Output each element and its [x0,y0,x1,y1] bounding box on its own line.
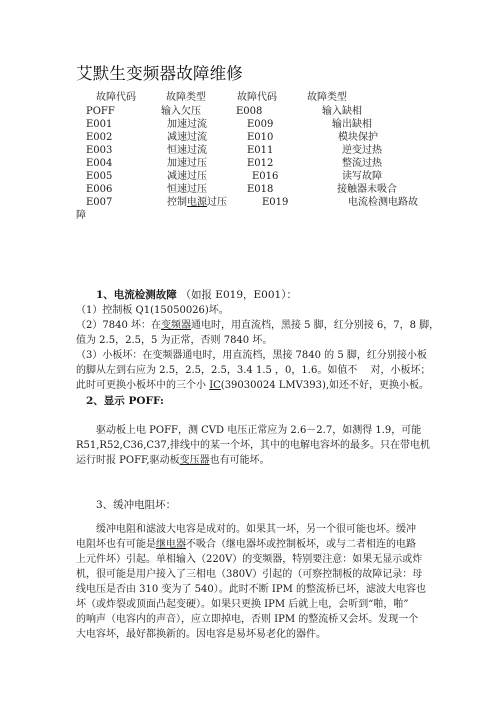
table-cell-code: E003 [86,145,112,157]
table-cell-code: E019 [262,197,288,209]
table-cell-type: 减速过压 [167,171,207,183]
paragraph-line: 大电容坏，最好都换新的。因电容是易坏易老化的器件。 [76,625,326,640]
paragraph-line: 的响声（电容内的声音），应立即掉电，否则 IPM 的整流桥又会坏。发现一个 [76,610,418,625]
table-header-code-2: 故障代码 [237,92,277,104]
text-segment: 通电时，用直流档，黑接 5 脚，红分别接 6，7，8 脚， [191,320,439,331]
table-cell-code: E001 [86,119,112,131]
table-cell-code: POFF [86,106,115,118]
table-cell-type: 加速过压 [167,158,207,170]
table-cell-code: E010 [247,132,273,144]
paragraph-line: R51,R52,C36,C37,排线中的某一个坏，其中的电解电容坏的最多。只在带… [76,436,430,451]
underlined-term: 继电器 [156,539,186,550]
table-cell-code: E012 [247,158,273,170]
section-heading: 1、电流检测故障 （如报 E019，E001）： [96,287,297,302]
paragraph-line: 值为 2.5，2.5，5 为正常，否则 7840 坏。 [76,331,272,346]
paragraph-line: 电阻坏也有可能是继电器不吸合（继电器坏或控制板坏，或与二者相连的电路 [76,535,416,550]
table-cell-code: E002 [86,132,112,144]
paragraph-line: 此时可更换小板坏中的三个小 IC(39030024 LMV393),如还不好，更… [76,376,429,391]
table-cell-code: E011 [247,145,273,157]
table-cell-type: 读写故障 [342,171,382,183]
underlined-term: 变频器 [161,320,191,331]
text-segment: (39030024 LMV393),如还不好，更换小板。 [221,380,429,391]
text-segment: 不吸合（继电器坏或控制板坏，或与二者相连的电路 [186,539,416,550]
table-cell-type: 模块保护 [338,132,378,144]
table-cell-type: 整流过热 [342,158,382,170]
table-cell-type: 接触器未吸合 [337,184,397,196]
section-heading: 2、显示 POFF: [86,393,164,408]
table-cell-code: E004 [86,158,112,170]
table-cell-code: E016 [252,171,278,183]
paragraph-line: （3）小板坏：在变频器通电时，用直流档，黑接 7840 的 5 脚，红分别接小板 [76,346,427,361]
text-segment: 也有可能坏。 [210,455,270,466]
paragraph-line: 的脚从左到右应为 2.5，2.5，2.5，3.4 1.5 ，0，1.6。如值不 … [76,361,431,376]
paragraph-line: 驱动板上电 POFF，测 CVD 电压正常应为 2.6－2.7，如测得 1.9，… [96,421,421,436]
table-header-type-2: 故障类型 [307,92,347,104]
table-cell-type: 恒速过压 [167,184,207,196]
table-cell-code: E018 [247,184,273,196]
table-cell-code: E009 [247,119,273,131]
text-segment: 电阻坏也有可能是 [76,539,156,550]
paragraph-line: 上元件坏）引起。单相输入（220V）的变频器，特别要注意：如果无显示或炸 [76,550,422,565]
paragraph-line: （2）7840 坏：在变频器通电时，用直流档，黑接 5 脚，红分别接 6，7，8… [76,316,439,331]
table-cell-type: 加速过流 [167,119,207,131]
underlined-term: IC [209,380,221,391]
paragraph-line: 运行时报 POFF,驱动板变压器也有可能坏。 [76,451,270,466]
table-cell-type: 控制电源过压 [167,197,227,209]
heading-note: （如报 E019，E001）： [180,289,297,301]
document-title: 艾默生变频器故障维修 [76,60,243,84]
heading-text: 1、电流检测故障 [96,289,177,301]
text-segment: 控制 [167,197,187,208]
table-cell-code: E006 [86,184,112,196]
table-cell-type: 输出缺相 [332,119,372,131]
table-cell-code: E008 [236,106,262,118]
table-cell-type: 减速过流 [167,132,207,144]
table-cell-wrap: 障 [76,210,86,222]
table-header-code-1: 故障代码 [96,92,136,104]
table-cell-type: 输入缺相 [322,106,362,118]
table-cell-type: 电流检测电路故 [348,197,418,209]
table-cell-type: 逆变过热 [342,145,382,157]
paragraph-line: 机，很可能是用户接入了三相电（380V）引起的（可察控制板的故障记录：母 [76,565,422,580]
paragraph-line: 线电压是否由 310 变为了 540）。此时不断 IPM 的整流桥已坏，滤波大电… [76,580,426,595]
underlined-term: 电源 [187,197,207,208]
paragraph-line: 缓冲电阻和滤波大电容是成对的。如果其一坏，另一个很可能也坏。缓冲 [96,520,416,535]
section-heading: 3、缓冲电阻坏： [96,497,176,512]
underlined-term: 变压器 [180,455,210,466]
table-cell-type: 输入欠压 [161,106,201,118]
text-segment: 此时可更换小板坏中的三个小 [76,380,209,391]
table-header-type-1: 故障类型 [166,92,206,104]
text-segment: 过压 [207,197,227,208]
text-segment: （2）7840 坏：在 [76,320,161,331]
paragraph-line: 坏（或炸裂或顶面凸起变硬）。如果只更换 IPM 后就上电，会听到“啪，啪” [76,595,409,610]
table-cell-code: E005 [86,171,112,183]
text-segment: 运行时报 POFF,驱动板 [76,455,180,466]
table-cell-type: 恒速过流 [167,145,207,157]
table-cell-code: E007 [86,197,112,209]
paragraph-line: （1）控制板 Q1(15050026)坏。 [76,301,229,316]
